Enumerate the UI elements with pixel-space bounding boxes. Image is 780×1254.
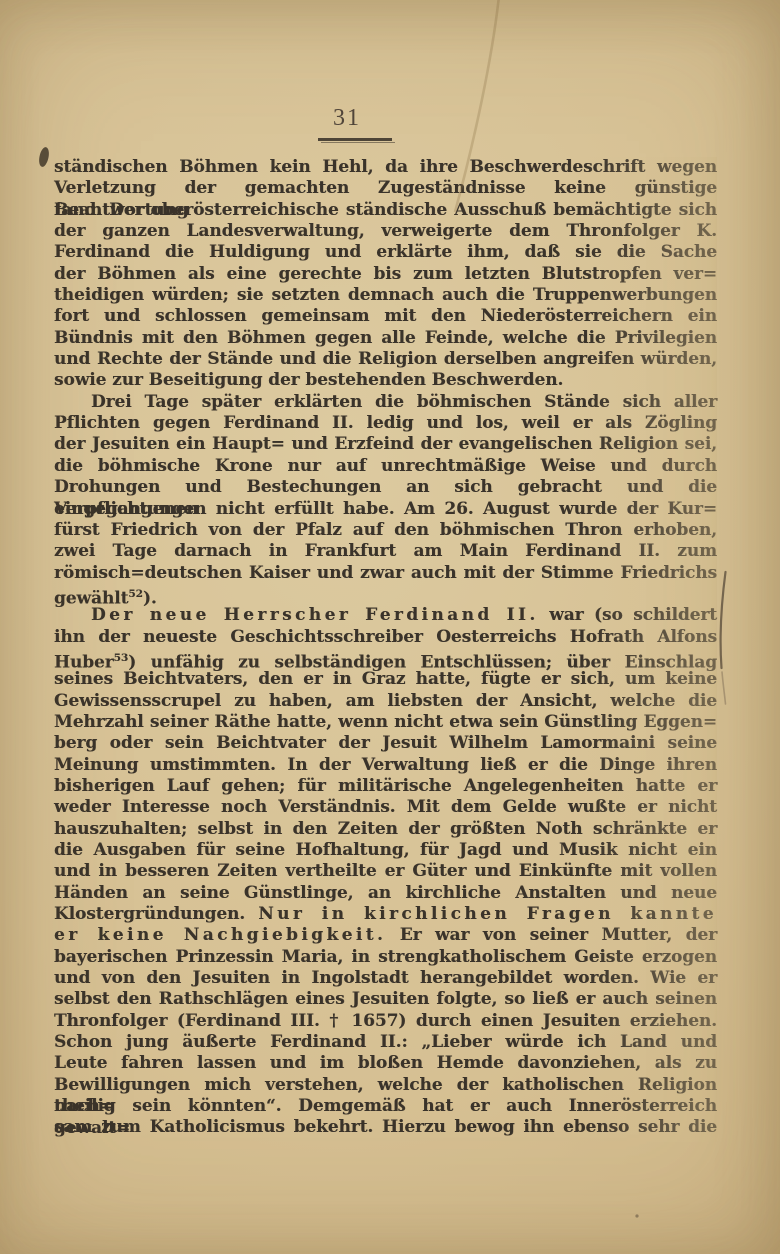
text-line: Meinung umstimmten. In der Verwaltung li…: [54, 755, 717, 776]
text-line: Gewissensscrupel zu haben, am liebsten d…: [54, 691, 717, 712]
text-segment: theidigen würden; sie setzten demnach au…: [54, 285, 717, 305]
text-line: seines Beichtvaters, den er in Graz hatt…: [54, 669, 717, 690]
ink-blot: [38, 146, 51, 167]
text-line: fand. Der oberösterreichische ständische…: [54, 200, 717, 221]
text-segment: bisherigen Lauf gehen; für militärische …: [54, 776, 717, 796]
text-line: sam zum Katholicismus bekehrt. Hierzu be…: [54, 1117, 717, 1138]
text-segment: und Rechte der Stände und die Religion d…: [54, 349, 717, 369]
text-line: Verpflichtungen nicht erfüllt habe. Am 2…: [54, 499, 717, 520]
text-line: die Ausgaben für seine Hofhaltung, für J…: [54, 840, 717, 861]
text-segment: berg oder sein Beichtvater der Jesuit Wi…: [54, 733, 717, 753]
text-line: Thronfolger (Ferdinand III. † 1657) durc…: [54, 1011, 717, 1032]
text-line: fort und schlossen gemeinsam mit den Nie…: [54, 306, 717, 327]
text-segment: seines Beichtvaters, den er in Graz hatt…: [54, 669, 717, 689]
pen-mark: [721, 572, 726, 668]
text-segment: und von den Jesuiten in Ingolstadt heran…: [54, 968, 717, 988]
text-line: Schon jung äußerte Ferdinand II.: „Liebe…: [54, 1032, 717, 1053]
text-segment: Er war von seiner Mutter, der: [386, 925, 717, 945]
text-line: Leute fahren lassen und im bloßen Hemde …: [54, 1053, 717, 1074]
text-segment: Pflichten gegen Ferdinand II. ledig und …: [54, 413, 717, 433]
pen-mark-tail: [722, 672, 726, 704]
text-segment: sowie zur Beseitigung der bestehenden Be…: [54, 370, 563, 390]
text-segment: Schon jung äußerte Ferdinand II.: „Liebe…: [54, 1032, 717, 1052]
text-line: zwei Tage darnach in Frankfurt am Main F…: [54, 541, 717, 562]
text-segment: hauszuhalten; selbst in den Zeiten der g…: [54, 819, 717, 839]
text-line: der ganzen Landesverwaltung, verweigerte…: [54, 221, 717, 242]
text-line: Huber53) unfähig zu selbständigen Entsch…: [54, 648, 717, 669]
text-line: sowie zur Beseitigung der bestehenden Be…: [54, 370, 717, 391]
text-line: Pflichten gegen Ferdinand II. ledig und …: [54, 413, 717, 434]
text-line: der Jesuiten ein Haupt= und Erzfeind der…: [54, 434, 717, 455]
text-line: hauszuhalten; selbst in den Zeiten der g…: [54, 819, 717, 840]
text-line: Bewilligungen mich verstehen, welche der…: [54, 1075, 717, 1096]
text-segment: ständischen Böhmen kein Hehl, da ihre Be…: [54, 157, 717, 177]
text-line: Händen an seine Günstlinge, an kirchlich…: [54, 883, 717, 904]
text-line: und Rechte der Stände und die Religion d…: [54, 349, 717, 370]
text-segment: Verpflichtungen nicht erfüllt habe. Am 2…: [54, 499, 717, 519]
text-segment: die Ausgaben für seine Hofhaltung, für J…: [54, 840, 717, 860]
text-line: selbst den Rathschlägen eines Jesuiten f…: [54, 989, 717, 1010]
text-segment: römisch=deutschen Kaiser und zwar auch m…: [54, 563, 717, 583]
text-segment: Ferdinand die Huldigung und erklärte ihm…: [54, 242, 717, 262]
text-segment: bayerischen Prinzessin Maria, in strengk…: [54, 947, 717, 967]
book-page-scan: 31 ständischen Böhmen kein Hehl, da ihre…: [0, 0, 780, 1254]
text-line: bayerischen Prinzessin Maria, in strengk…: [54, 947, 717, 968]
text-segment: Bündnis mit den Böhmen gegen alle Feinde…: [54, 328, 717, 348]
text-line: römisch=deutschen Kaiser und zwar auch m…: [54, 563, 717, 584]
text-line: Drei Tage später erklärten die böhmische…: [54, 392, 717, 413]
text-segment: Gewissensscrupel zu haben, am liebsten d…: [54, 691, 717, 711]
text-line: Der neue Herrscher Ferdinand II. war (so…: [54, 605, 717, 626]
text-segment: und in besseren Zeiten vertheilte er Güt…: [54, 861, 717, 881]
text-segment: der ganzen Landesverwaltung, verweigerte…: [54, 221, 717, 241]
text-line: Drohungen und Bestechungen an sich gebra…: [54, 477, 717, 498]
text-segment: war (so schildert: [539, 605, 717, 625]
text-line: theidigen würden; sie setzten demnach au…: [54, 285, 717, 306]
text-line: der Böhmen als eine gerechte bis zum let…: [54, 264, 717, 285]
text-line: Mehrzahl seiner Räthe hatte, wenn nicht …: [54, 712, 717, 733]
text-segment: Händen an seine Günstlinge, an kirchlich…: [54, 883, 717, 903]
text-line: und in besseren Zeiten vertheilte er Güt…: [54, 861, 717, 882]
page-number: 31: [317, 105, 377, 132]
footnote-ref: 52: [128, 588, 143, 600]
text-line: fürst Friedrich von der Pfalz auf den bö…: [54, 520, 717, 541]
emphasized-text: er keine Nachgiebigkeit.: [54, 925, 386, 945]
text-line: theilig sein könnten“. Demgemäß hat er a…: [54, 1096, 717, 1117]
footnote-ref: 53: [114, 652, 129, 664]
text-line: die böhmische Krone nur auf unrechtmäßig…: [54, 456, 717, 477]
text-line: weder Interesse noch Verständnis. Mit de…: [54, 797, 717, 818]
text-line: er keine Nachgiebigkeit. Er war von sein…: [54, 925, 717, 946]
text-segment: weder Interesse noch Verständnis. Mit de…: [54, 797, 717, 817]
text-segment: Klostergründungen.: [54, 904, 258, 924]
text-segment: ihn der neueste Geschichtsschreiber Oest…: [54, 627, 717, 647]
text-segment: der Böhmen als eine gerechte bis zum let…: [54, 264, 717, 284]
text-segment: zwei Tage darnach in Frankfurt am Main F…: [54, 541, 717, 561]
text-segment: fort und schlossen gemeinsam mit den Nie…: [54, 306, 717, 326]
text-line: Ferdinand die Huldigung und erklärte ihm…: [54, 242, 717, 263]
text-segment: fürst Friedrich von der Pfalz auf den bö…: [54, 520, 717, 540]
header-rule: [318, 138, 392, 141]
text-segment: die böhmische Krone nur auf unrechtmäßig…: [54, 456, 717, 476]
text-line: Bündnis mit den Böhmen gegen alle Feinde…: [54, 328, 717, 349]
paper-speck: [635, 1214, 638, 1217]
text-segment: der Jesuiten ein Haupt= und Erzfeind der…: [54, 434, 717, 454]
text-segment: Drei Tage später erklärten die böhmische…: [91, 392, 717, 412]
emphasized-text: Nur in kirchlichen Fragen kannte: [258, 904, 717, 924]
text-line: bisherigen Lauf gehen; für militärische …: [54, 776, 717, 797]
text-line: berg oder sein Beichtvater der Jesuit Wi…: [54, 733, 717, 754]
text-line: Klostergründungen. Nur in kirchlichen Fr…: [54, 904, 717, 925]
text-line: ihn der neueste Geschichtsschreiber Oest…: [54, 627, 717, 648]
text-line: und von den Jesuiten in Ingolstadt heran…: [54, 968, 717, 989]
text-segment: Mehrzahl seiner Räthe hatte, wenn nicht …: [54, 712, 717, 732]
text-segment: Thronfolger (Ferdinand III. † 1657) durc…: [54, 1011, 717, 1031]
text-segment: fand. Der oberösterreichische ständische…: [54, 200, 717, 220]
text-line: ständischen Böhmen kein Hehl, da ihre Be…: [54, 157, 717, 178]
text-segment: selbst den Rathschlägen eines Jesuiten f…: [54, 989, 717, 1009]
text-segment: Meinung umstimmten. In der Verwaltung li…: [54, 755, 717, 775]
text-line: Verletzung der gemachten Zugeständnisse …: [54, 178, 717, 199]
text-segment: sam zum Katholicismus bekehrt. Hierzu be…: [54, 1117, 717, 1137]
text-line: gewählt52).: [54, 584, 717, 605]
text-segment: Leute fahren lassen und im bloßen Hemde …: [54, 1053, 717, 1073]
text-block: ständischen Böhmen kein Hehl, da ihre Be…: [54, 157, 717, 1139]
emphasized-text: Der neue Herrscher Ferdinand II.: [91, 605, 539, 625]
